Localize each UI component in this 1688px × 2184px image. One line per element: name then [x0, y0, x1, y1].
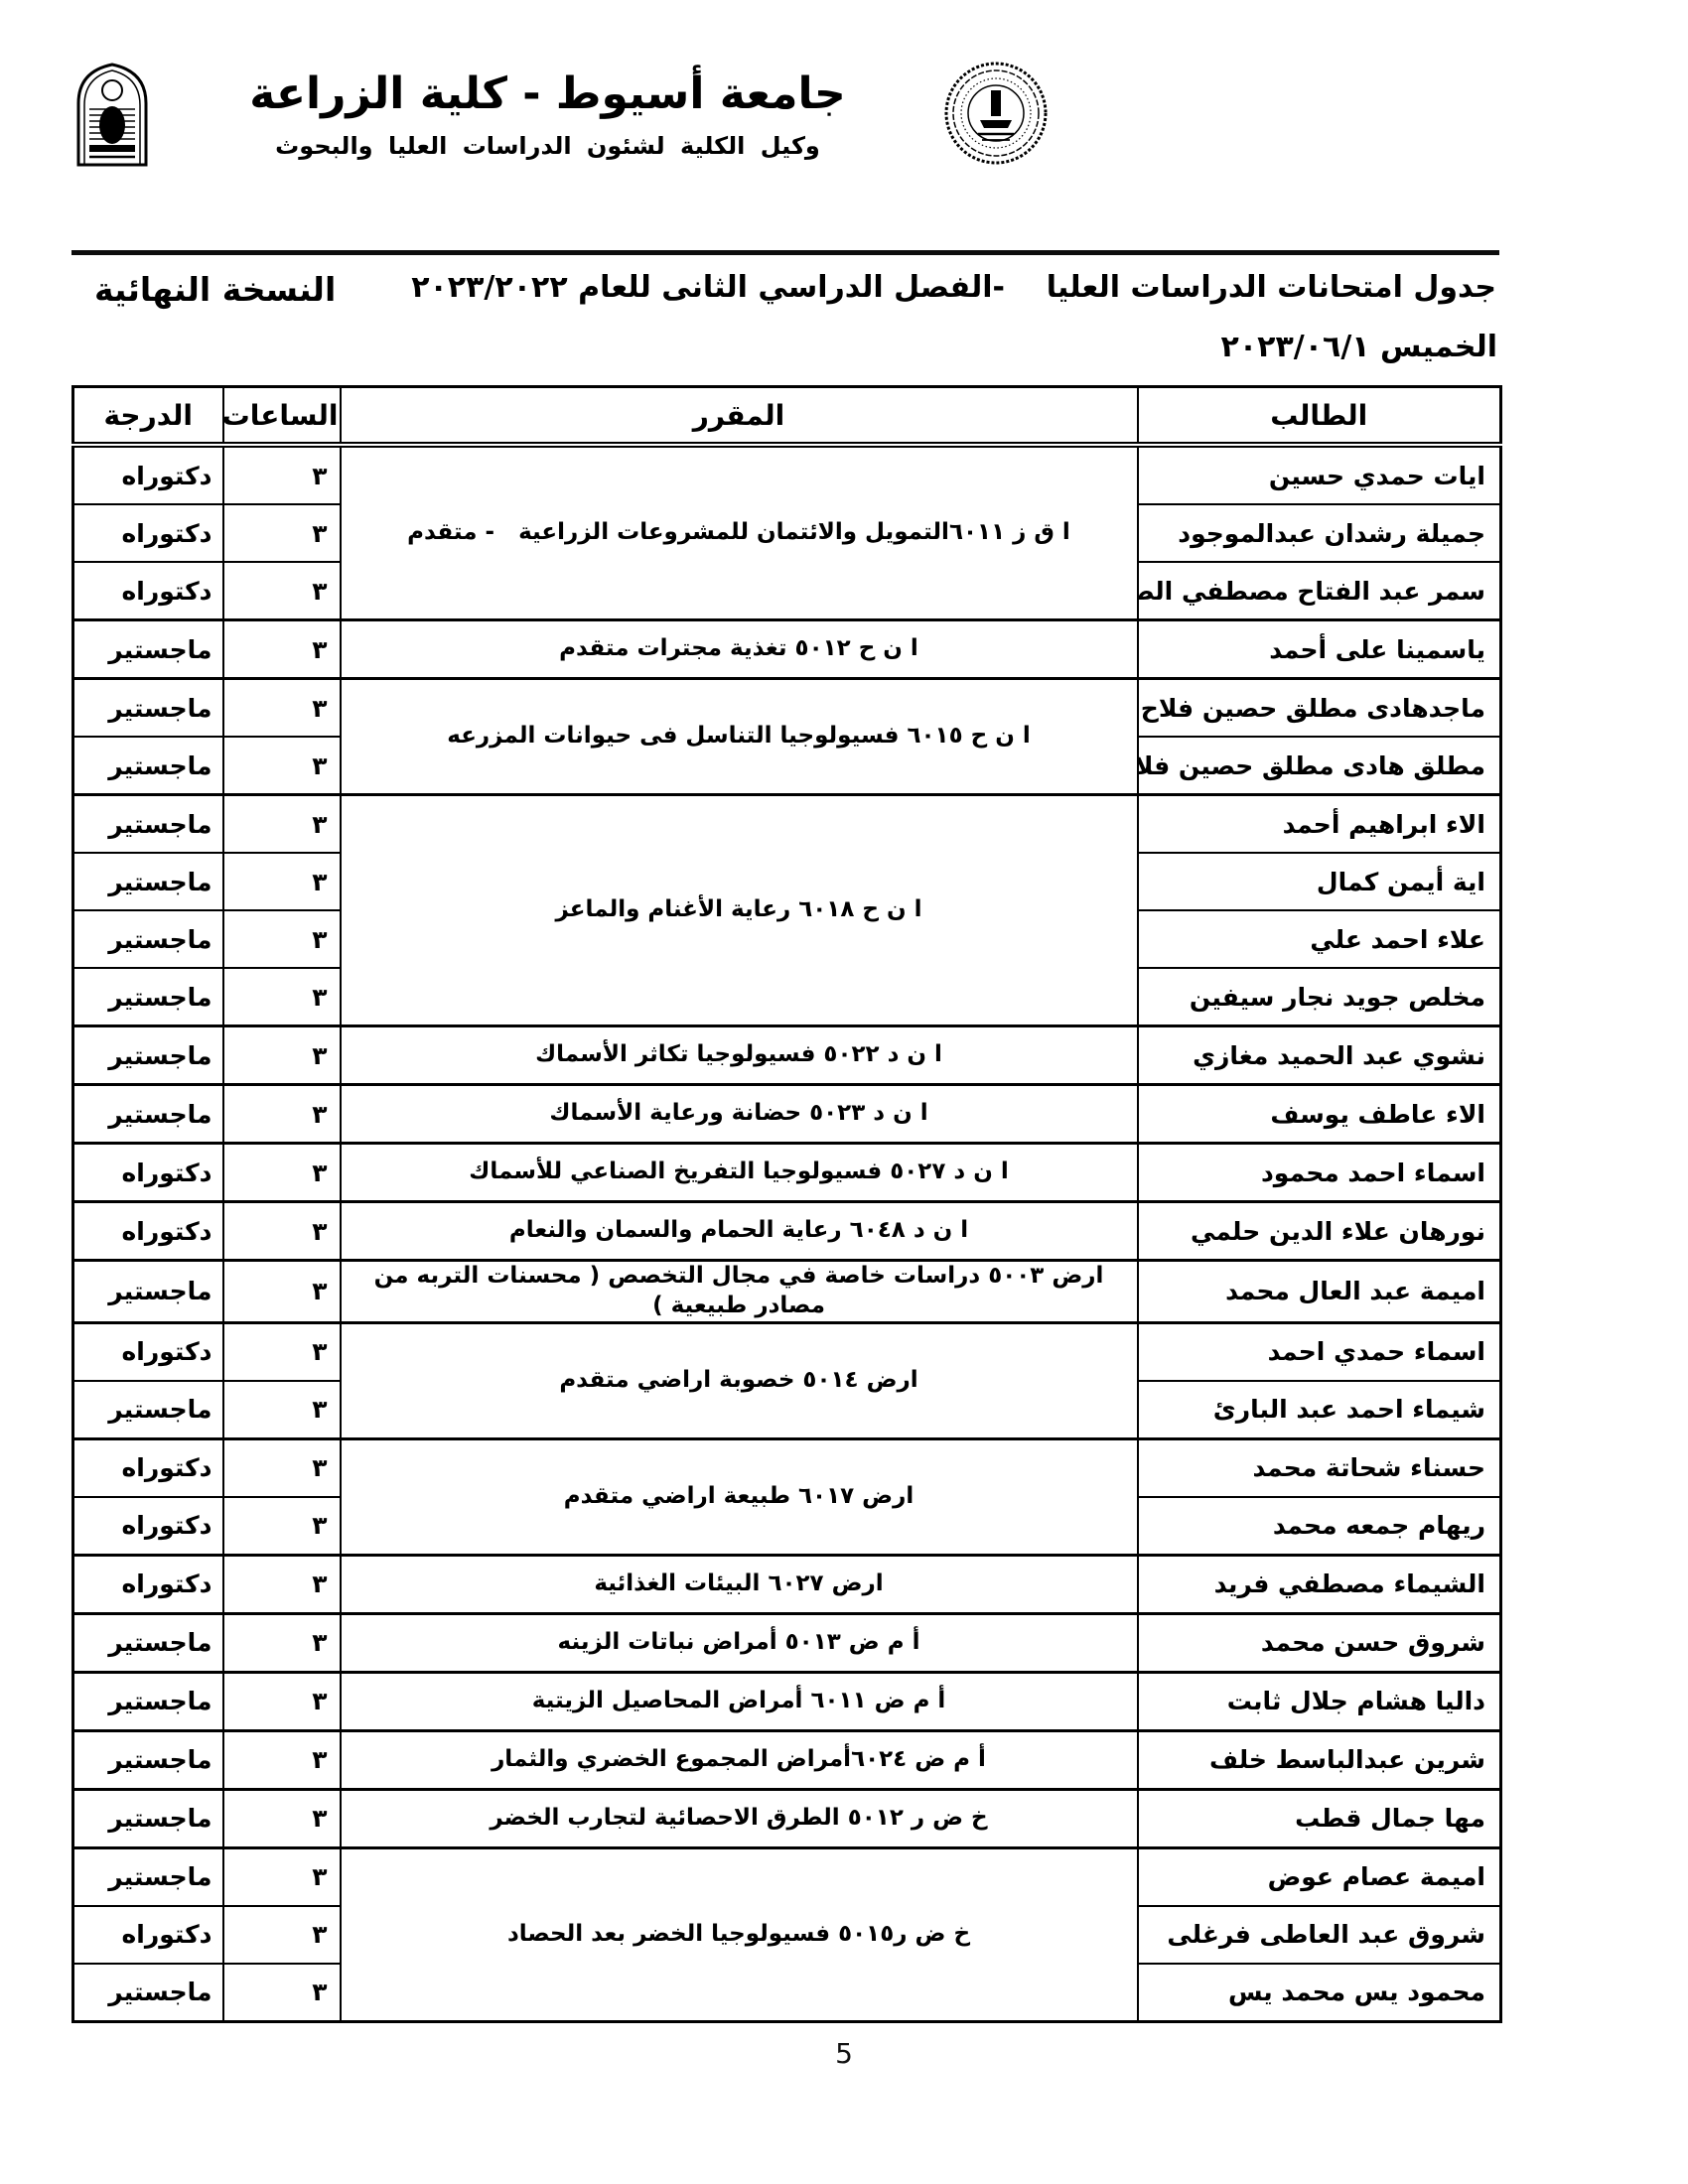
hours-cell: ٣ [223, 1497, 341, 1556]
hours-cell: ٣ [223, 1381, 341, 1439]
hours-cell: ٣ [223, 620, 341, 679]
course-cell: ارض ٦٠٢٧ البيئات الغذائية [341, 1555, 1138, 1613]
student-name-cell: نشوي عبد الحميد مغازي [1138, 1026, 1501, 1085]
degree-cell: ماجستير [73, 795, 223, 854]
course-cell: أ م ض ٦٠١١ أمراض المحاصيل الزيتية [341, 1672, 1138, 1730]
student-name-cell: ماجدهادى مطلق حصين فلاح [1138, 679, 1501, 738]
col-header-student: الطالب [1138, 387, 1501, 446]
course-cell: ا ن ح ٦٠١٥ فسيولوجيا التناسل فى حيوانات … [341, 679, 1138, 795]
degree-cell: ماجستير [73, 1026, 223, 1085]
table-row: اميمة عبد العال محمدارض ٥٠٠٣ دراسات خاصة… [73, 1261, 1501, 1323]
table-row: شرين عبدالباسط خلفأ م ض ٦٠٢٤أمراض المجمو… [73, 1730, 1501, 1789]
table-row: اسماء احمد محمودا ن د ٥٠٢٧ فسيولوجيا الت… [73, 1144, 1501, 1202]
hours-cell: ٣ [223, 795, 341, 854]
table-body: ايات حمدي حسينا ق ز ٦٠١١التمويل والائتما… [73, 445, 1501, 2021]
degree-cell: دكتوراه [73, 1555, 223, 1613]
degree-cell: دكتوراه [73, 1202, 223, 1261]
student-name-cell: محمود يس محمد يس [1138, 1964, 1501, 2022]
hours-cell: ٣ [223, 445, 341, 504]
table-header-row: الطالب المقرر الساعات الدرجة [73, 387, 1501, 446]
student-name-cell: مخلص جويد نجار سيفين [1138, 968, 1501, 1026]
title-line: جدول امتحانات الدراسات العليا -الفصل الد… [94, 270, 1496, 309]
final-version-label: النسخة النهائية [94, 270, 336, 309]
student-name-cell: اميمة عبد العال محمد [1138, 1261, 1501, 1323]
exam-schedule-table: الطالب المقرر الساعات الدرجة ايات حمدي ح… [71, 385, 1502, 2023]
document-sheet: جامعة أسيوط - كلية الزراعة وكيل الكلية ل… [0, 0, 1688, 2184]
hours-cell: ٣ [223, 1672, 341, 1730]
degree-cell: ماجستير [73, 620, 223, 679]
table-row: نشوي عبد الحميد مغازيا ن د ٥٠٢٢ فسيولوجي… [73, 1026, 1501, 1085]
degree-cell: ماجستير [73, 737, 223, 795]
hours-cell: ٣ [223, 968, 341, 1026]
student-name-cell: شيماء احمد عبد البارئ [1138, 1381, 1501, 1439]
hours-cell: ٣ [223, 1789, 341, 1847]
course-cell: ا ن د ٥٠٢٢ فسيولوجيا تكاثر الأسماك [341, 1026, 1138, 1085]
course-cell: ا ن ح ٥٠١٢ تغذية مجترات متقدم [341, 620, 1138, 679]
course-cell: ا ن د ٦٠٤٨ رعاية الحمام والسمان والنعام [341, 1202, 1138, 1261]
student-name-cell: الشيماء مصطفي فريد [1138, 1555, 1501, 1613]
student-name-cell: نورهان علاء الدين حلمي [1138, 1202, 1501, 1261]
table-row: الاء عاطف يوسفا ن د ٥٠٢٣ حضانة ورعاية ال… [73, 1085, 1501, 1144]
degree-cell: ماجستير [73, 679, 223, 738]
student-name-cell: سمر عبد الفتاح مصطفي الصالحي [1138, 562, 1501, 620]
hours-cell: ٣ [223, 1438, 341, 1497]
hours-cell: ٣ [223, 853, 341, 910]
hours-cell: ٣ [223, 1322, 341, 1381]
hours-cell: ٣ [223, 679, 341, 738]
student-name-cell: اسماء احمد محمود [1138, 1144, 1501, 1202]
degree-cell: دكتوراه [73, 562, 223, 620]
student-name-cell: الاء ابراهيم أحمد [1138, 795, 1501, 854]
course-cell: ا ن د ٥٠٢٧ فسيولوجيا التفريخ الصناعي للأ… [341, 1144, 1138, 1202]
exam-date: الخميس ٢٠٢٣/٠٦/١ [1221, 330, 1497, 364]
table-row: داليا هشام جلال ثابتأ م ض ٦٠١١ أمراض الم… [73, 1672, 1501, 1730]
hours-cell: ٣ [223, 1144, 341, 1202]
degree-cell: ماجستير [73, 1613, 223, 1672]
student-name-cell: شروق عبد العاطى فرغلى [1138, 1906, 1501, 1964]
student-name-cell: حسناء شحاتة محمد [1138, 1438, 1501, 1497]
degree-cell: دكتوراه [73, 1438, 223, 1497]
course-cell: ا ق ز ٦٠١١التمويل والائتمان للمشروعات ال… [341, 445, 1138, 620]
student-name-cell: ايات حمدي حسين [1138, 445, 1501, 504]
student-name-cell: مها جمال قطب [1138, 1789, 1501, 1847]
degree-cell: دكتوراه [73, 1144, 223, 1202]
table-row: اسماء حمدي احمدارض ٥٠١٤ خصوبة اراضي متقد… [73, 1322, 1501, 1381]
university-title: جامعة أسيوط - كلية الزراعة [167, 70, 928, 118]
course-cell: ارض ٦٠١٧ طبيعة اراضي متقدم [341, 1438, 1138, 1555]
student-name-cell: اسماء حمدي احمد [1138, 1322, 1501, 1381]
course-cell: أ م ض ٥٠١٣ أمراض نباتات الزينه [341, 1613, 1138, 1672]
dean-subtitle: وكيل الكلية لشئون الدراسات العليا والبحو… [167, 132, 928, 160]
hours-cell: ٣ [223, 1613, 341, 1672]
degree-cell: ماجستير [73, 1672, 223, 1730]
hours-cell: ٣ [223, 1847, 341, 1906]
degree-cell: دكتوراه [73, 445, 223, 504]
degree-cell: دكتوراه [73, 1322, 223, 1381]
hours-cell: ٣ [223, 1906, 341, 1964]
course-cell: أ م ض ٦٠٢٤أمراض المجموع الخضري والثمار [341, 1730, 1138, 1789]
degree-cell: ماجستير [73, 1730, 223, 1789]
course-cell: ارض ٥٠١٤ خصوبة اراضي متقدم [341, 1322, 1138, 1438]
faculty-arch-emblem-icon [71, 58, 153, 173]
degree-cell: ماجستير [73, 1789, 223, 1847]
degree-cell: دكتوراه [73, 1906, 223, 1964]
degree-cell: ماجستير [73, 910, 223, 968]
table-row: ماجدهادى مطلق حصين فلاحا ن ح ٦٠١٥ فسيولو… [73, 679, 1501, 738]
degree-cell: دكتوراه [73, 1497, 223, 1556]
table-row: مها جمال قطبخ ض ر ٥٠١٢ الطرق الاحصائية ل… [73, 1789, 1501, 1847]
table-row: ايات حمدي حسينا ق ز ٦٠١١التمويل والائتما… [73, 445, 1501, 504]
table-row: اميمة عصام عوضخ ض ر٥٠١٥ فسيولوجيا الخضر … [73, 1847, 1501, 1906]
col-header-course: المقرر [341, 387, 1138, 446]
page-number: 5 [0, 2037, 1688, 2070]
degree-cell: ماجستير [73, 1381, 223, 1439]
hours-cell: ٣ [223, 504, 341, 562]
table-row: شروق حسن محمدأ م ض ٥٠١٣ أمراض نباتات الز… [73, 1613, 1501, 1672]
hours-cell: ٣ [223, 562, 341, 620]
student-name-cell: داليا هشام جلال ثابت [1138, 1672, 1501, 1730]
degree-cell: ماجستير [73, 1847, 223, 1906]
university-seal-icon [942, 59, 1050, 172]
student-name-cell: اميمة عصام عوض [1138, 1847, 1501, 1906]
hours-cell: ٣ [223, 737, 341, 795]
degree-cell: ماجستير [73, 968, 223, 1026]
student-name-cell: شروق حسن محمد [1138, 1613, 1501, 1672]
header-title-block: جامعة أسيوط - كلية الزراعة وكيل الكلية ل… [153, 70, 942, 160]
degree-cell: ماجستير [73, 1261, 223, 1323]
course-cell: ا ن ح ٦٠١٨ رعاية الأغنام والماعز [341, 795, 1138, 1026]
col-header-degree: الدرجة [73, 387, 223, 446]
student-name-cell: علاء احمد علي [1138, 910, 1501, 968]
hours-cell: ٣ [223, 1964, 341, 2022]
hours-cell: ٣ [223, 1202, 341, 1261]
hours-cell: ٣ [223, 910, 341, 968]
hours-cell: ٣ [223, 1730, 341, 1789]
hours-cell: ٣ [223, 1261, 341, 1323]
header-section: جامعة أسيوط - كلية الزراعة وكيل الكلية ل… [71, 58, 1050, 173]
degree-cell: ماجستير [73, 1085, 223, 1144]
hours-cell: ٣ [223, 1555, 341, 1613]
course-cell: ارض ٥٠٠٣ دراسات خاصة في مجال التخصص ( مح… [341, 1261, 1138, 1323]
degree-cell: ماجستير [73, 1964, 223, 2022]
table-row: الاء ابراهيم أحمدا ن ح ٦٠١٨ رعاية الأغنا… [73, 795, 1501, 854]
table-row: الشيماء مصطفي فريدارض ٦٠٢٧ البيئات الغذا… [73, 1555, 1501, 1613]
student-name-cell: شرين عبدالباسط خلف [1138, 1730, 1501, 1789]
degree-cell: دكتوراه [73, 504, 223, 562]
course-cell: ا ن د ٥٠٢٣ حضانة ورعاية الأسماك [341, 1085, 1138, 1144]
student-name-cell: ريهام جمعه محمد [1138, 1497, 1501, 1556]
hours-cell: ٣ [223, 1026, 341, 1085]
hours-cell: ٣ [223, 1085, 341, 1144]
student-name-cell: ياسمينا على أحمد [1138, 620, 1501, 679]
table-row: نورهان علاء الدين حلميا ن د ٦٠٤٨ رعاية ا… [73, 1202, 1501, 1261]
student-name-cell: مطلق هادى مطلق حصين فلاح [1138, 737, 1501, 795]
table-row: حسناء شحاتة محمدارض ٦٠١٧ طبيعة اراضي متق… [73, 1438, 1501, 1497]
degree-cell: ماجستير [73, 853, 223, 910]
student-name-cell: اية أيمن كمال [1138, 853, 1501, 910]
course-cell: خ ض ر٥٠١٥ فسيولوجيا الخضر بعد الحصاد [341, 1847, 1138, 2021]
course-cell: خ ض ر ٥٠١٢ الطرق الاحصائية لتجارب الخضر [341, 1789, 1138, 1847]
student-name-cell: الاء عاطف يوسف [1138, 1085, 1501, 1144]
table-row: ياسمينا على أحمدا ن ح ٥٠١٢ تغذية مجترات … [73, 620, 1501, 679]
student-name-cell: جميلة رشدان عبدالموجود [1138, 504, 1501, 562]
header-divider [71, 250, 1499, 255]
col-header-hours: الساعات [223, 387, 341, 446]
schedule-title: جدول امتحانات الدراسات العليا -الفصل الد… [411, 270, 1496, 305]
